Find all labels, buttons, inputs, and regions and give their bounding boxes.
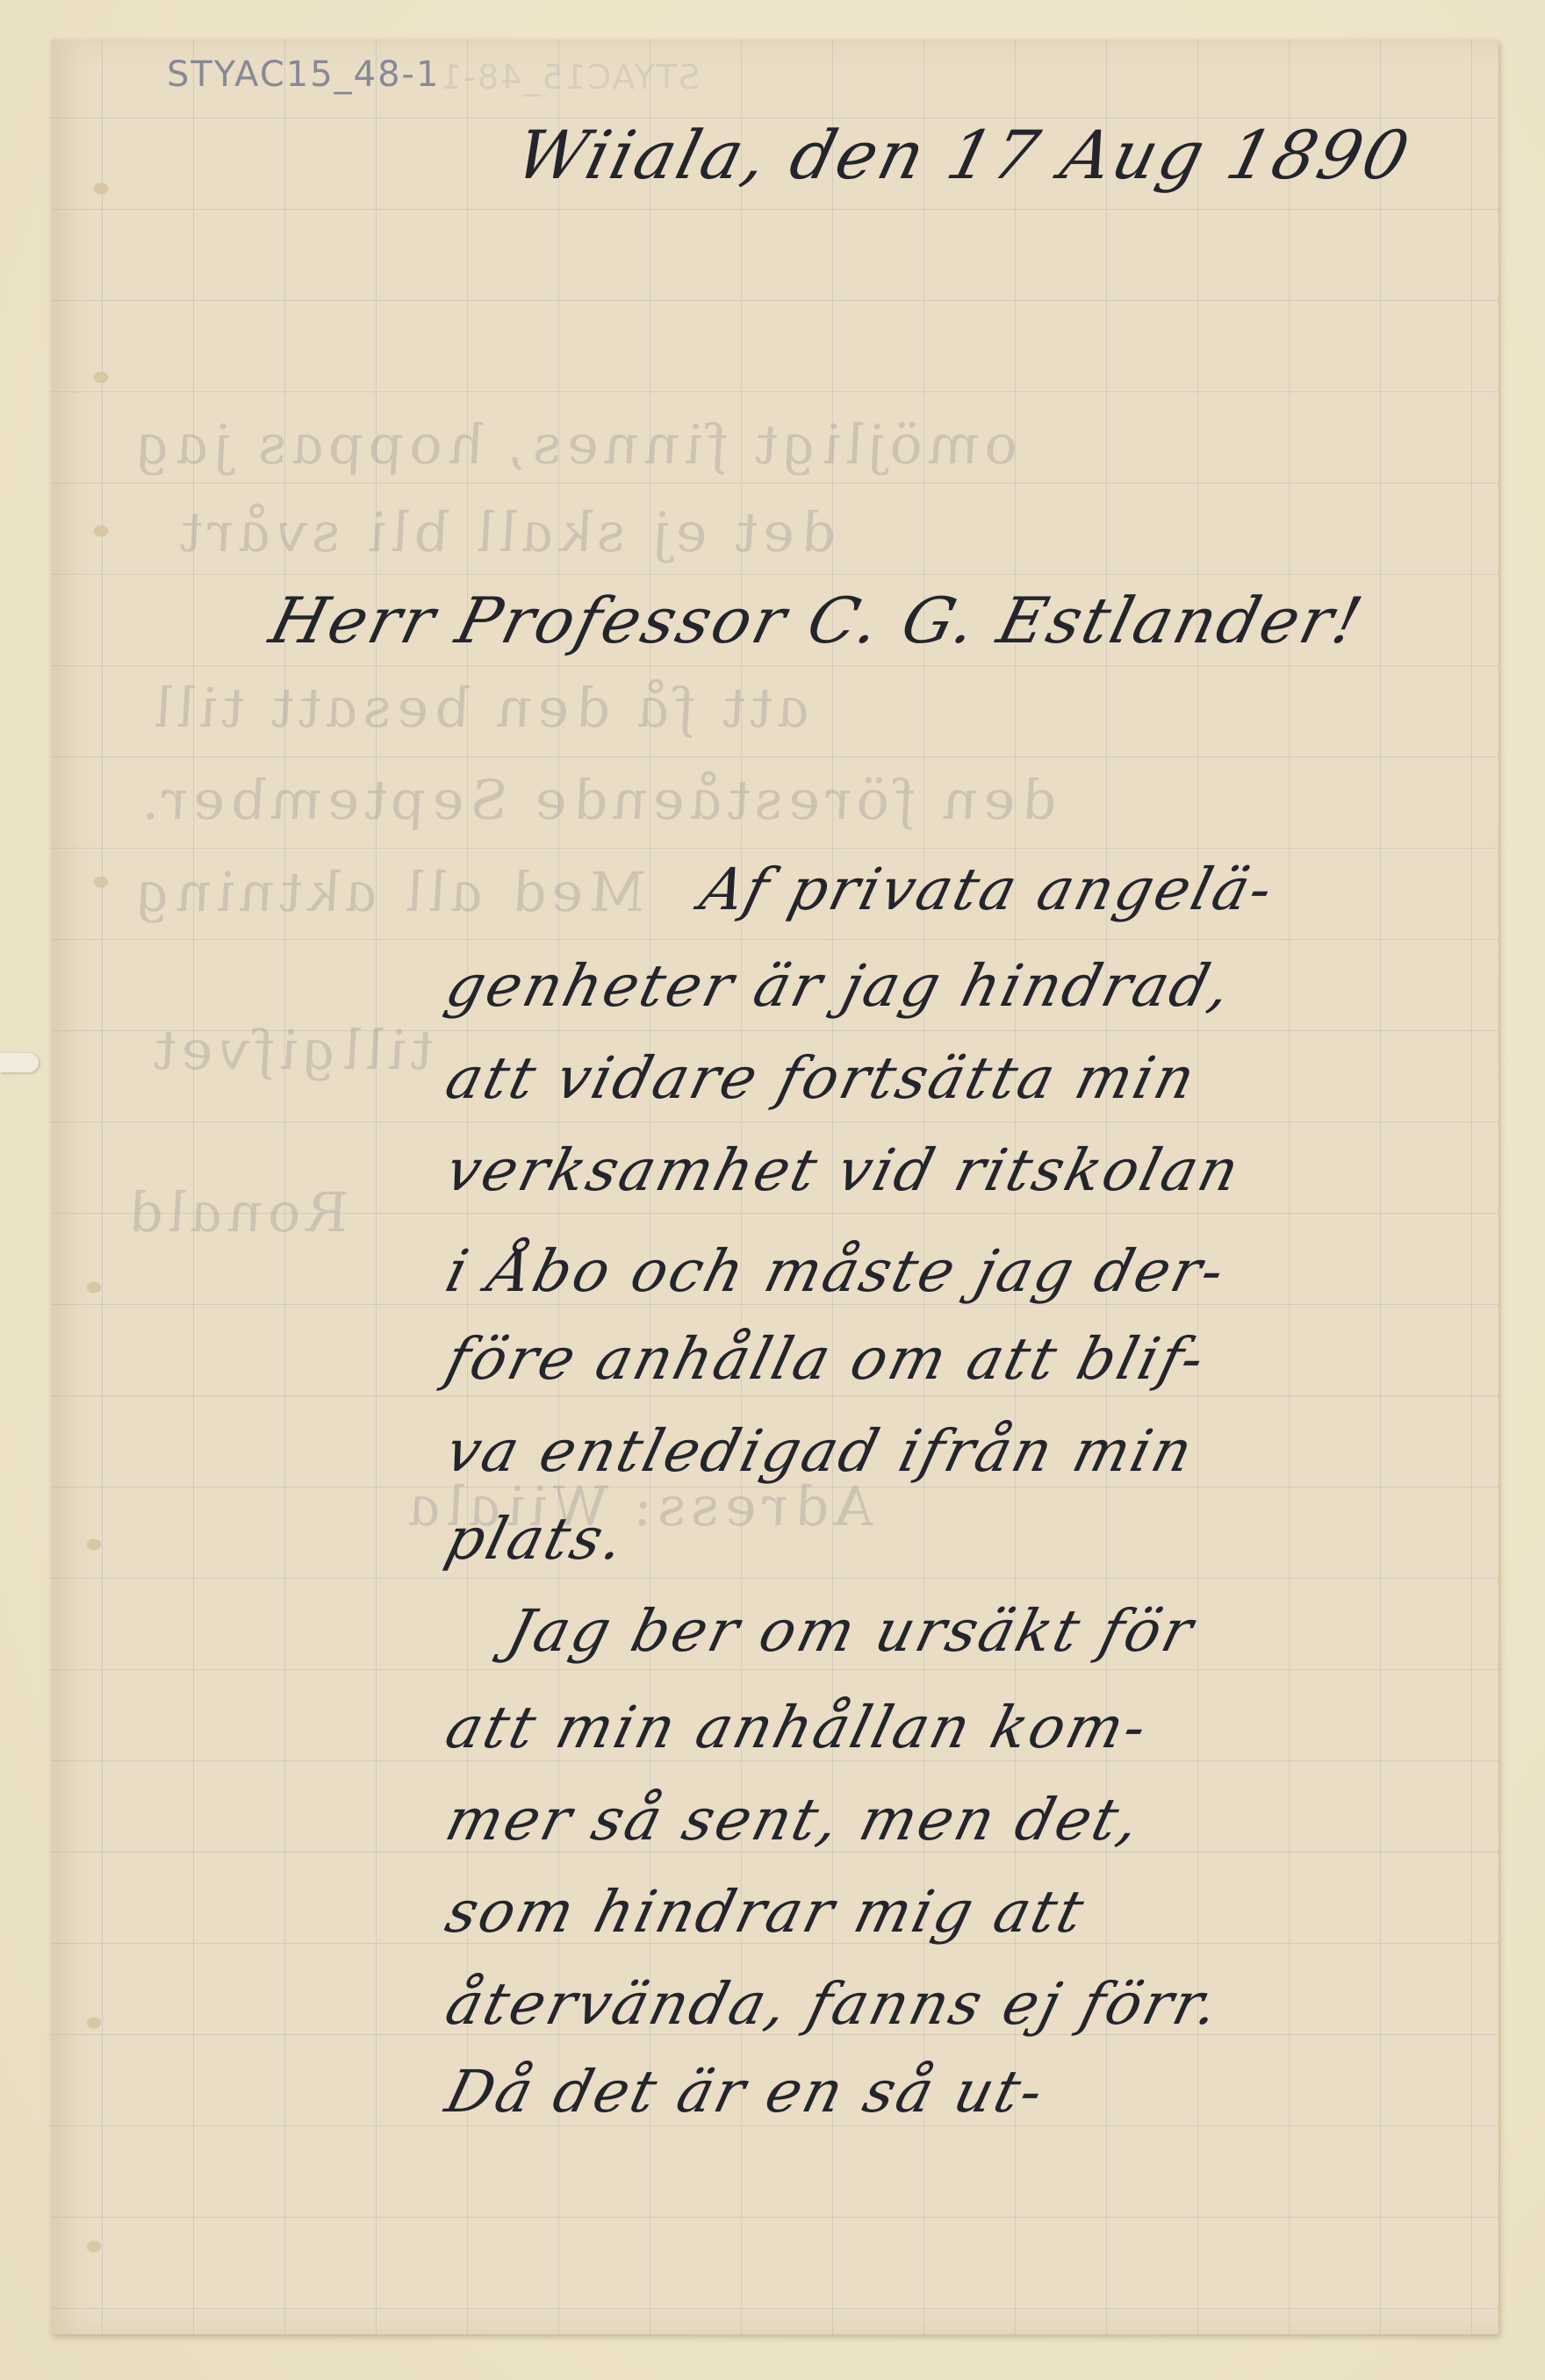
letter-body-line: att vidare fortsätta min <box>439 1044 1204 1112</box>
binding-hole <box>95 527 107 535</box>
letter-body-line: Jag ber om ursäkt för <box>500 1597 1202 1665</box>
binding-tab <box>0 1053 39 1072</box>
showthrough-line: det ej skall bli svårt <box>168 500 844 564</box>
letter-body-line: va entledigad ifrån min <box>439 1417 1201 1485</box>
letter-body-line: verksamhet vid ritskolan <box>439 1136 1247 1204</box>
showthrough-line: att få den besatt till <box>141 676 818 740</box>
archive-reference-showthrough: STYAC15_48-1 <box>439 58 700 97</box>
letter-body-line: Då det är en så ut- <box>439 2058 1052 2126</box>
letter-body-line: genheter är jag hindrad, <box>439 952 1240 1020</box>
binding-hole <box>88 1283 100 1292</box>
binding-hole <box>95 184 107 193</box>
showthrough-line: Ronald <box>115 1180 356 1244</box>
letter-dateline: Wiiala, den 17 Aug 1890 <box>508 116 1419 194</box>
letter-body-line: mer så sent, men det, <box>439 1786 1148 1853</box>
letter-salutation: Herr Professor C. G. Estlander! <box>263 584 1372 657</box>
binding-hole <box>88 1540 100 1549</box>
letter-body-line: Af privata angelä- <box>693 856 1281 923</box>
showthrough-line: Med all aktning <box>124 860 653 924</box>
letter-body-line: att min anhållan kom- <box>439 1694 1155 1761</box>
binding-hole <box>95 373 107 382</box>
showthrough-line: omöjligt finnes, hoppas jag <box>124 412 1026 477</box>
archive-reference-number: STYAC15_48-1 <box>167 54 440 95</box>
letter-body-line: i Åbo och måste jag der- <box>439 1237 1233 1305</box>
binding-hole <box>88 2018 100 2027</box>
binding-hole <box>88 2242 100 2251</box>
showthrough-line: tillgifvet <box>141 1018 442 1082</box>
binding-hole <box>95 878 107 886</box>
letter-body-line: återvända, fanns ej förr. <box>439 1970 1228 2038</box>
letter-body-line: plats. <box>439 1505 633 1573</box>
letter-body-line: som hindrar mig att <box>439 1878 1092 1946</box>
letter-body-line: före anhålla om att blif- <box>439 1325 1213 1393</box>
showthrough-line: den förestående September. <box>133 768 1064 832</box>
